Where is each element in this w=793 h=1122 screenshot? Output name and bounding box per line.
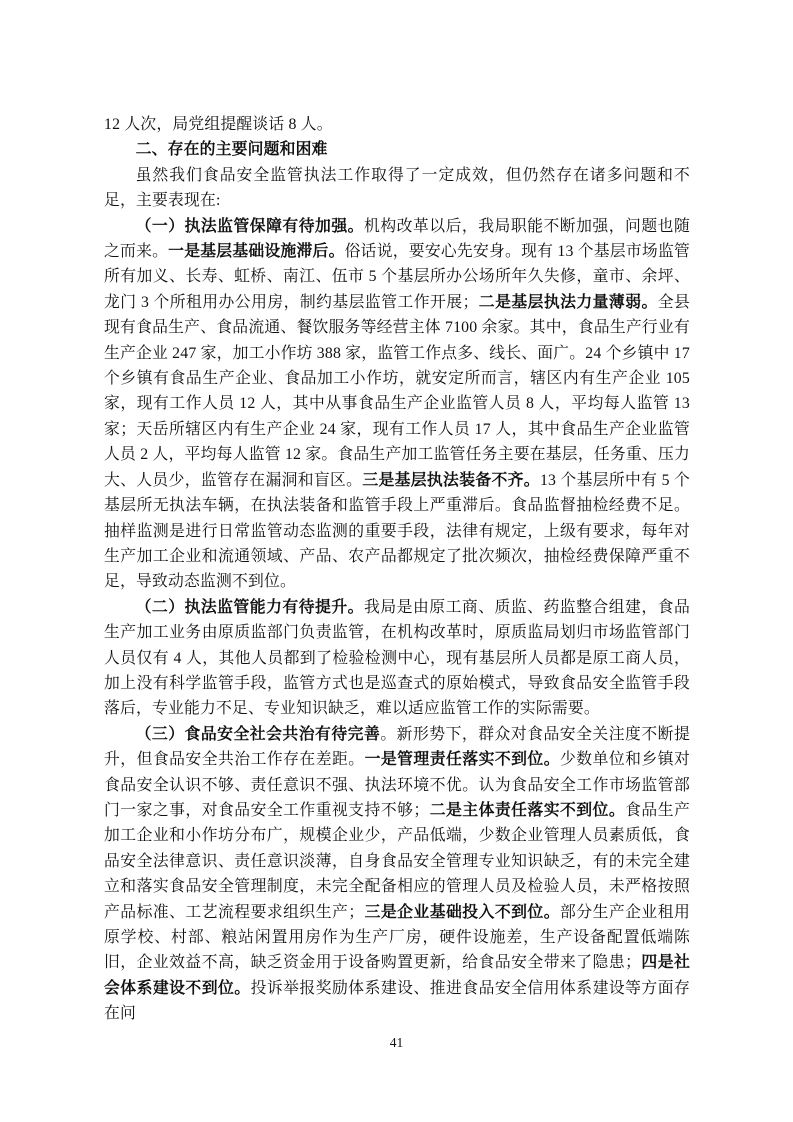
page-number: 41 [0,1034,793,1052]
paragraph-body: （一）执法监管保障有待加强。机构改革以后，我局职能不断加强，问题也随之而来。一是… [104,214,690,595]
text-run-bold: 一是基层基础设施滞后。 [168,243,344,260]
paragraph-body: （三）食品安全社会共治有待完善。新形势下，群众对食品安全关注度不断提升，但食品安… [104,722,690,1027]
text-run: 13 个基层所中有 5 个基层所无执法车辆，在执法装备和监管手段上严重滞后。食品… [104,472,690,591]
text-run: 12 人次，局党组提醒谈话 8 人。 [104,116,333,133]
paragraph-heading: 二、存在的主要问题和困难 [104,137,690,162]
text-run-bold: 一是管理责任落实不到位。 [365,751,560,768]
text-run-bold: 二是主体责任落实不到位。 [429,802,625,819]
text-run: 全县现有食品生产、食品流通、餐饮服务等经营主体 7100 余家。其中，食品生产行… [104,294,690,489]
text-run: 虽然我们食品安全监管执法工作取得了一定成效，但仍然存在诸多问题和不足，主要表现在… [104,167,690,209]
text-run-bold: （一）执法监管保障有待加强。 [136,218,364,235]
text-run: 我局是由原工商、质监、药监整合组建，食品生产加工业务由原质监部门负责监管，在机构… [104,599,690,718]
text-run-bold: （二）执法监管能力有待提升。 [136,599,364,616]
text-run-bold: 三是基层执法装备不齐。 [362,472,540,489]
paragraph-body: （二）执法监管能力有待提升。我局是由原工商、质监、药监整合组建，食品生产加工业务… [104,595,690,722]
text-run-bold: 三是企业基础投入不到位。 [364,904,560,921]
text-run-bold: （三）食品安全社会共治有待完善 [136,726,381,743]
text-run-bold: 二是基层执法力量薄弱。 [479,294,658,311]
paragraph-body: 虽然我们食品安全监管执法工作取得了一定成效，但仍然存在诸多问题和不足，主要表现在… [104,163,690,214]
document-body: 12 人次，局党组提醒谈话 8 人。二、存在的主要问题和困难虽然我们食品安全监管… [104,112,690,1027]
document-page: 12 人次，局党组提醒谈话 8 人。二、存在的主要问题和困难虽然我们食品安全监管… [0,0,793,1122]
paragraph-continuation: 12 人次，局党组提醒谈话 8 人。 [104,112,690,137]
text-run-bold: 二、存在的主要问题和困难 [136,141,328,158]
